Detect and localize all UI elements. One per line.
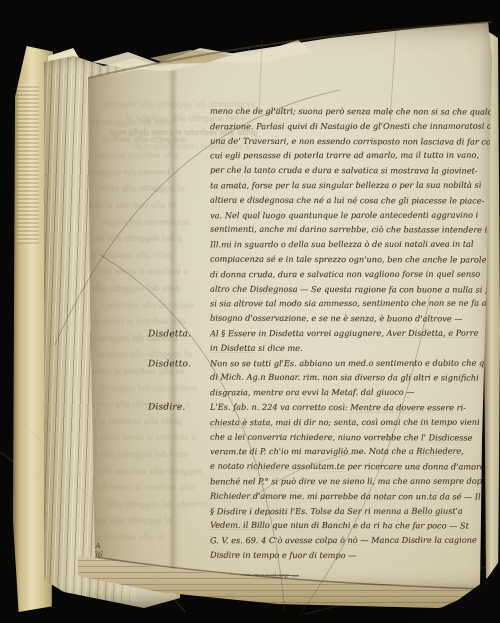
manuscript-line: e notato richiedere assolutam.te per ric… [148,461,492,477]
spine-cord-texture [17,84,39,244]
manuscript-line-text: altro che Disdegnosa — Se questa ragione… [210,283,492,294]
entry-headword: Disdetto. [148,359,210,369]
manuscript-page: sentimento del soggetto alla vedrana si … [76,22,492,594]
manuscript-line: G. V. es. 69. 4 C'ò avesse colpa ò nò — … [148,535,492,551]
manuscript-line: veram.te di P. ch'io mi maravigliò me. N… [148,446,492,462]
manuscript-line-text: bisogno d'osservazione, e se ne è senza,… [210,313,492,324]
manuscript-line: Guisaaltiera e disdegnosa che né a lui n… [148,194,492,210]
manuscript-text-block: meno che de gl'altri; suona però senza m… [148,106,492,565]
manuscript-line-text: va. Nel qual luogo quantunque le parole … [210,209,492,220]
manuscript-line-text: chiesta è stata, mai di dir no; senta, c… [210,416,492,427]
manuscript-line: Disdetto.Non so se tutti gl'Es. abbiano … [148,357,492,373]
manuscript-line-text: benché nel P.° si può dire ve ne sieno l… [210,476,492,487]
manuscript-line: disgrazia, mentre ora evvi la Metaf. dal… [148,387,492,403]
manuscript-line: Disdetta.Al § Essere in Disdetta vorrei … [148,328,492,344]
manuscript-line: chiesta è stata, mai di dir no; senta, c… [148,416,492,432]
manuscript-line: § Disdire i depositi l'Es. Tolse da Ser … [148,505,492,521]
manuscript-line-text: una de' Traversari, e non essendo corris… [210,135,492,146]
manuscript-line-text: veram.te di P. ch'io mi maravigliò me. N… [210,446,492,457]
manuscript-line-text: meno che de gl'altri; suona però senza m… [210,106,492,117]
manuscript-line-text: di donna cruda, dura e salvatica non vag… [210,268,492,279]
manuscript-line: Disdire in tempo e fuor di tempo — [148,549,492,565]
manuscript-line: Richieder d'amore me. mi parrebbe da not… [148,490,492,506]
manuscript-line-text: si sia altrove tal modo sia ammesso, sen… [210,298,492,309]
manuscript-line-text: in Disdetta si dice me. [210,342,492,353]
manuscript-line-text: Vedem. il Billo que niun di Banchi e da … [210,520,492,531]
manuscript-line-text: ta amata, forse per la sua singular bell… [210,180,492,191]
manuscript-line-text: sentimenti, anche mi darino sarrebbe, ci… [210,224,492,235]
manuscript-line: va. Nel qual luogo quantunque le parole … [148,209,492,225]
manuscript-line: una de' Traversari, e non essendo corris… [148,135,492,151]
manuscript-line-text: Richieder d'amore me. mi parrebbe da not… [210,490,492,501]
manuscript-line-text: e notato richiedere assolutam.te per ric… [210,461,492,472]
manuscript-line: Vedem. il Billo que niun di Banchi e da … [148,520,492,536]
manuscript-line-text: L'Es. fab. n. 224 va corretto così: Ment… [210,402,492,413]
manuscript-line-text: per che la tanto cruda e dura e salvatic… [210,165,492,176]
entry-headword: Disdetta. [148,329,210,339]
manuscript-line: meno che de gl'altri; suona però senza m… [148,105,492,121]
manuscript-line-text: che a lei converria richiedere, niuno vo… [210,431,492,442]
manuscript-line: derazione. Parlasi quivi di Nastagio de … [148,120,492,136]
manuscript-line: che a lei converria richiedere, niuno vo… [148,431,492,447]
manuscript-line-text: G. V. es. 69. 4 C'ò avesse colpa ò nò — … [210,535,492,546]
manuscript-line: per che la tanto cruda e dura e salvatic… [148,165,492,181]
manuscript-line-text: luicompiacenza sé e in tale sprezzo ogn'… [210,254,492,265]
manuscript-line-text: Disdire in tempo e fuor di tempo — [210,550,492,561]
manuscript-line-text: disgrazia, mentre ora evvi la Metaf. dal… [210,387,492,398]
manuscript-line: di donna cruda, dura e salvatica non vag… [148,268,492,284]
manuscript-line-text: Al § Essere in Disdetta vorrei aggiugner… [210,328,492,339]
manuscript-line: sentimenti, anche mi darino sarrebbe, ci… [148,224,492,240]
manuscript-line: si sia altrove tal modo sia ammesso, sen… [148,298,492,314]
entry-headword: Disdire. [148,402,210,412]
manuscript-line: di Mich. Ag.n Buonar. rim. non sia diver… [148,372,492,388]
manuscript-line-text: Ill.mi in sguardo o della sua bellezza ò… [210,239,492,250]
manuscript-line-text: § Disdire i depositi l'Es. Tolse da Ser … [210,505,492,516]
manuscript-line: luicompiacenza sé e in tale sprezzo ogn'… [148,253,492,269]
manuscript-line: ta amata, forse per la sua singular bell… [148,180,492,196]
manuscript-line: cui egli pensasse di poterla trarre ad a… [148,150,492,166]
manuscript-line-text: di Mich. Ag.n Buonar. rim. non sia diver… [210,372,492,383]
manuscript-line: bisogno d'osservazione, e se ne è senza,… [148,313,492,329]
manuscript-line-text: Non so se tutti gl'Es. abbiano un med.o … [210,357,492,368]
manuscript-line: altro che Disdegnosa — Se questa ragione… [148,283,492,299]
manuscript-line-text: derazione. Parlasi quivi di Nastagio de … [210,120,492,131]
manuscript-line: Ill.mi in sguardo o della sua bellezza ò… [148,239,492,255]
manuscript-line: Disdire.L'Es. fab. n. 224 va corretto co… [148,401,492,417]
photo-backdrop: sentimento del soggetto alla vedrana si … [0,0,500,623]
manuscript-line-text: cui egli pensasse di poterla trarre ad a… [210,150,492,161]
manuscript-line: benché nel P.° si può dire ve ne sieno l… [148,476,492,492]
manuscript-line-text: Guisaaltiera e disdegnosa che né a lui n… [210,194,492,205]
manuscript-line: in Disdetta si dice me. [148,342,492,358]
